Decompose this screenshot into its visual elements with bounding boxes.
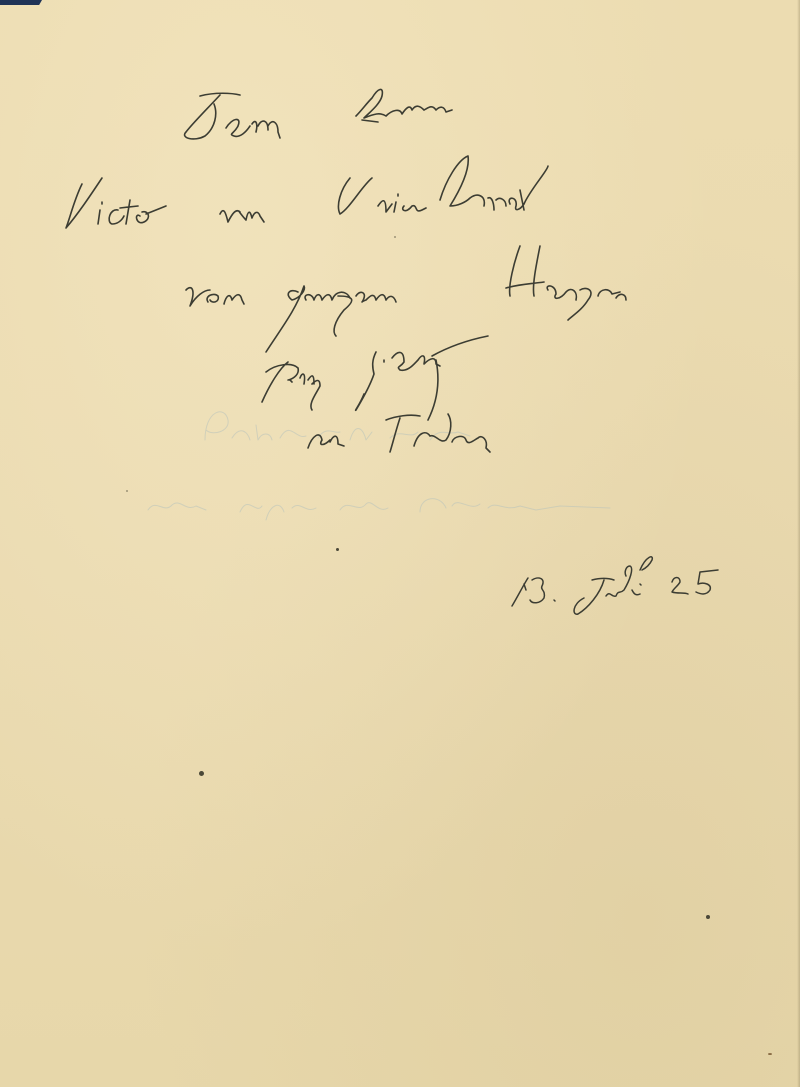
paper-speck	[768, 1053, 772, 1055]
line-dem-lieben	[185, 89, 452, 139]
paper-speck	[394, 236, 396, 238]
line-victor-van-vriesland	[66, 156, 548, 228]
scanned-page: Dem lieben Victor van Vriesland von ganz…	[0, 0, 800, 1087]
line-prinz-hubertus	[262, 336, 488, 420]
paper-speck	[706, 915, 710, 919]
line-date	[512, 557, 718, 614]
paper-speck	[199, 771, 204, 776]
line-von-ganzem-herzen	[186, 246, 626, 352]
line-von-treben	[308, 414, 490, 452]
paper-speck	[336, 548, 339, 551]
paper-speck	[126, 490, 128, 492]
handwriting	[0, 0, 800, 1087]
